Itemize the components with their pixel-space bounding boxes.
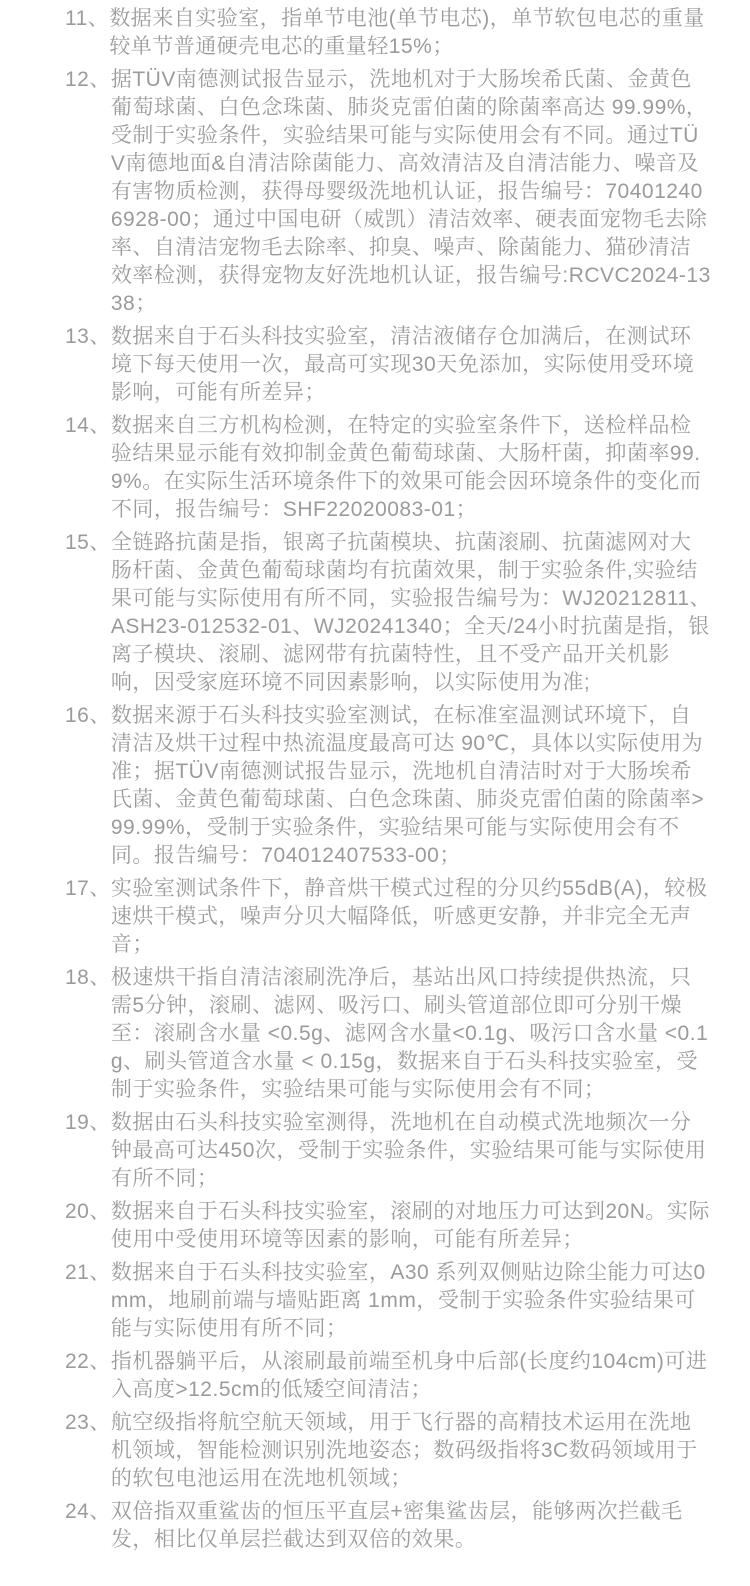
footnote-number: 15、	[65, 529, 111, 697]
footnote-item: 19、 数据由石头科技实验室测得，洗地机在自动模式洗地频次一分钟最高可达450次…	[65, 1109, 712, 1193]
footnote-number: 14、	[65, 412, 111, 524]
footnote-item: 15、 全链路抗菌是指，银离子抗菌模块、抗菌滚刷、抗菌滤网对大肠杆菌、金黄色葡萄…	[65, 529, 712, 697]
footnote-number: 21、	[65, 1259, 111, 1343]
footnote-item: 11、 数据来自实验室，指单节电池(单节电芯)，单节软包电芯的重量较单节普通硬壳…	[65, 5, 712, 61]
footnote-text: 数据来自于石头科技实验室，滚刷的对地压力可达到20N。实际使用中受使用环境等因素…	[111, 1198, 712, 1254]
footnote-text: 数据由石头科技实验室测得，洗地机在自动模式洗地频次一分钟最高可达450次，受制于…	[111, 1109, 712, 1193]
footnote-number: 18、	[65, 964, 111, 1104]
footnote-text: 航空级指将航空航天领域，用于飞行器的高精技术运用在洗地机领域，智能检测识别洗地姿…	[111, 1409, 712, 1493]
footnote-number: 11、	[65, 5, 109, 61]
footnote-number: 16、	[65, 702, 111, 870]
footnote-number: 17、	[65, 875, 111, 959]
footnote-text: 数据来自三方机构检测，在特定的实验室条件下，送检样品检验结果显示能有效抑制金黄色…	[111, 412, 712, 524]
footnote-text: 实验室测试条件下，静音烘干模式过程的分贝约55dB(A)，较极速烘干模式，噪声分…	[111, 875, 712, 959]
footnote-item: 13、 数据来自于石头科技实验室，清洁液储存仓加满后，在测试环境下每天使用一次，…	[65, 323, 712, 407]
footnote-number: 24、	[65, 1498, 111, 1554]
footnote-item: 20、 数据来自于石头科技实验室，滚刷的对地压力可达到20N。实际使用中受使用环…	[65, 1198, 712, 1254]
footnote-number: 19、	[65, 1109, 111, 1193]
footnote-text: 据TÜV南德测试报告显示，洗地机对于大肠埃希氏菌、金黄色葡萄球菌、白色念珠菌、肺…	[111, 66, 712, 318]
footnote-number: 13、	[65, 323, 111, 407]
footnote-item: 24、 双倍指双重鲨齿的恒压平直层+密集鲨齿层，能够两次拦截毛发，相比仅单层拦截…	[65, 1498, 712, 1554]
footnote-text: 全链路抗菌是指，银离子抗菌模块、抗菌滚刷、抗菌滤网对大肠杆菌、金黄色葡萄球菌均有…	[111, 529, 712, 697]
footnote-text: 数据来自于石头科技实验室，A30 系列双侧贴边除尘能力可达0mm，地刷前端与墙贴…	[111, 1259, 712, 1343]
footnote-item: 12、 据TÜV南德测试报告显示，洗地机对于大肠埃希氏菌、金黄色葡萄球菌、白色念…	[65, 66, 712, 318]
footnote-item: 17、 实验室测试条件下，静音烘干模式过程的分贝约55dB(A)，较极速烘干模式…	[65, 875, 712, 959]
footnote-item: 23、 航空级指将航空航天领域，用于飞行器的高精技术运用在洗地机领域，智能检测识…	[65, 1409, 712, 1493]
footnote-item: 21、 数据来自于石头科技实验室，A30 系列双侧贴边除尘能力可达0mm，地刷前…	[65, 1259, 712, 1343]
footnote-text: 数据来自实验室，指单节电池(单节电芯)，单节软包电芯的重量较单节普通硬壳电芯的重…	[109, 5, 712, 61]
footnote-number: 23、	[65, 1409, 111, 1493]
footnote-text: 极速烘干指自清洁滚刷洗净后，基站出风口持续提供热流，只需5分钟，滚刷、滤网、吸污…	[111, 964, 712, 1104]
footnote-number: 20、	[65, 1198, 111, 1254]
footnote-item: 14、 数据来自三方机构检测，在特定的实验室条件下，送检样品检验结果显示能有效抑…	[65, 412, 712, 524]
disclaimer-footnotes-section: 11、 数据来自实验室，指单节电池(单节电芯)，单节软包电芯的重量较单节普通硬壳…	[0, 0, 750, 1554]
footnote-number: 12、	[65, 66, 111, 318]
footnote-text: 数据来自于石头科技实验室，清洁液储存仓加满后，在测试环境下每天使用一次，最高可实…	[111, 323, 712, 407]
footnote-item: 16、 数据来源于石头科技实验室测试，在标准室温测试环境下，自清洁及烘干过程中热…	[65, 702, 712, 870]
footnote-text: 双倍指双重鲨齿的恒压平直层+密集鲨齿层，能够两次拦截毛发，相比仅单层拦截达到双倍…	[111, 1498, 712, 1554]
footnote-item: 18、 极速烘干指自清洁滚刷洗净后，基站出风口持续提供热流，只需5分钟，滚刷、滤…	[65, 964, 712, 1104]
footnote-text: 指机器躺平后，从滚刷最前端至机身中后部(长度约104cm)可进入高度>12.5c…	[111, 1348, 712, 1404]
footnote-text: 数据来源于石头科技实验室测试，在标准室温测试环境下，自清洁及烘干过程中热流温度最…	[111, 702, 712, 870]
footnote-item: 22、 指机器躺平后，从滚刷最前端至机身中后部(长度约104cm)可进入高度>1…	[65, 1348, 712, 1404]
footnote-number: 22、	[65, 1348, 111, 1404]
